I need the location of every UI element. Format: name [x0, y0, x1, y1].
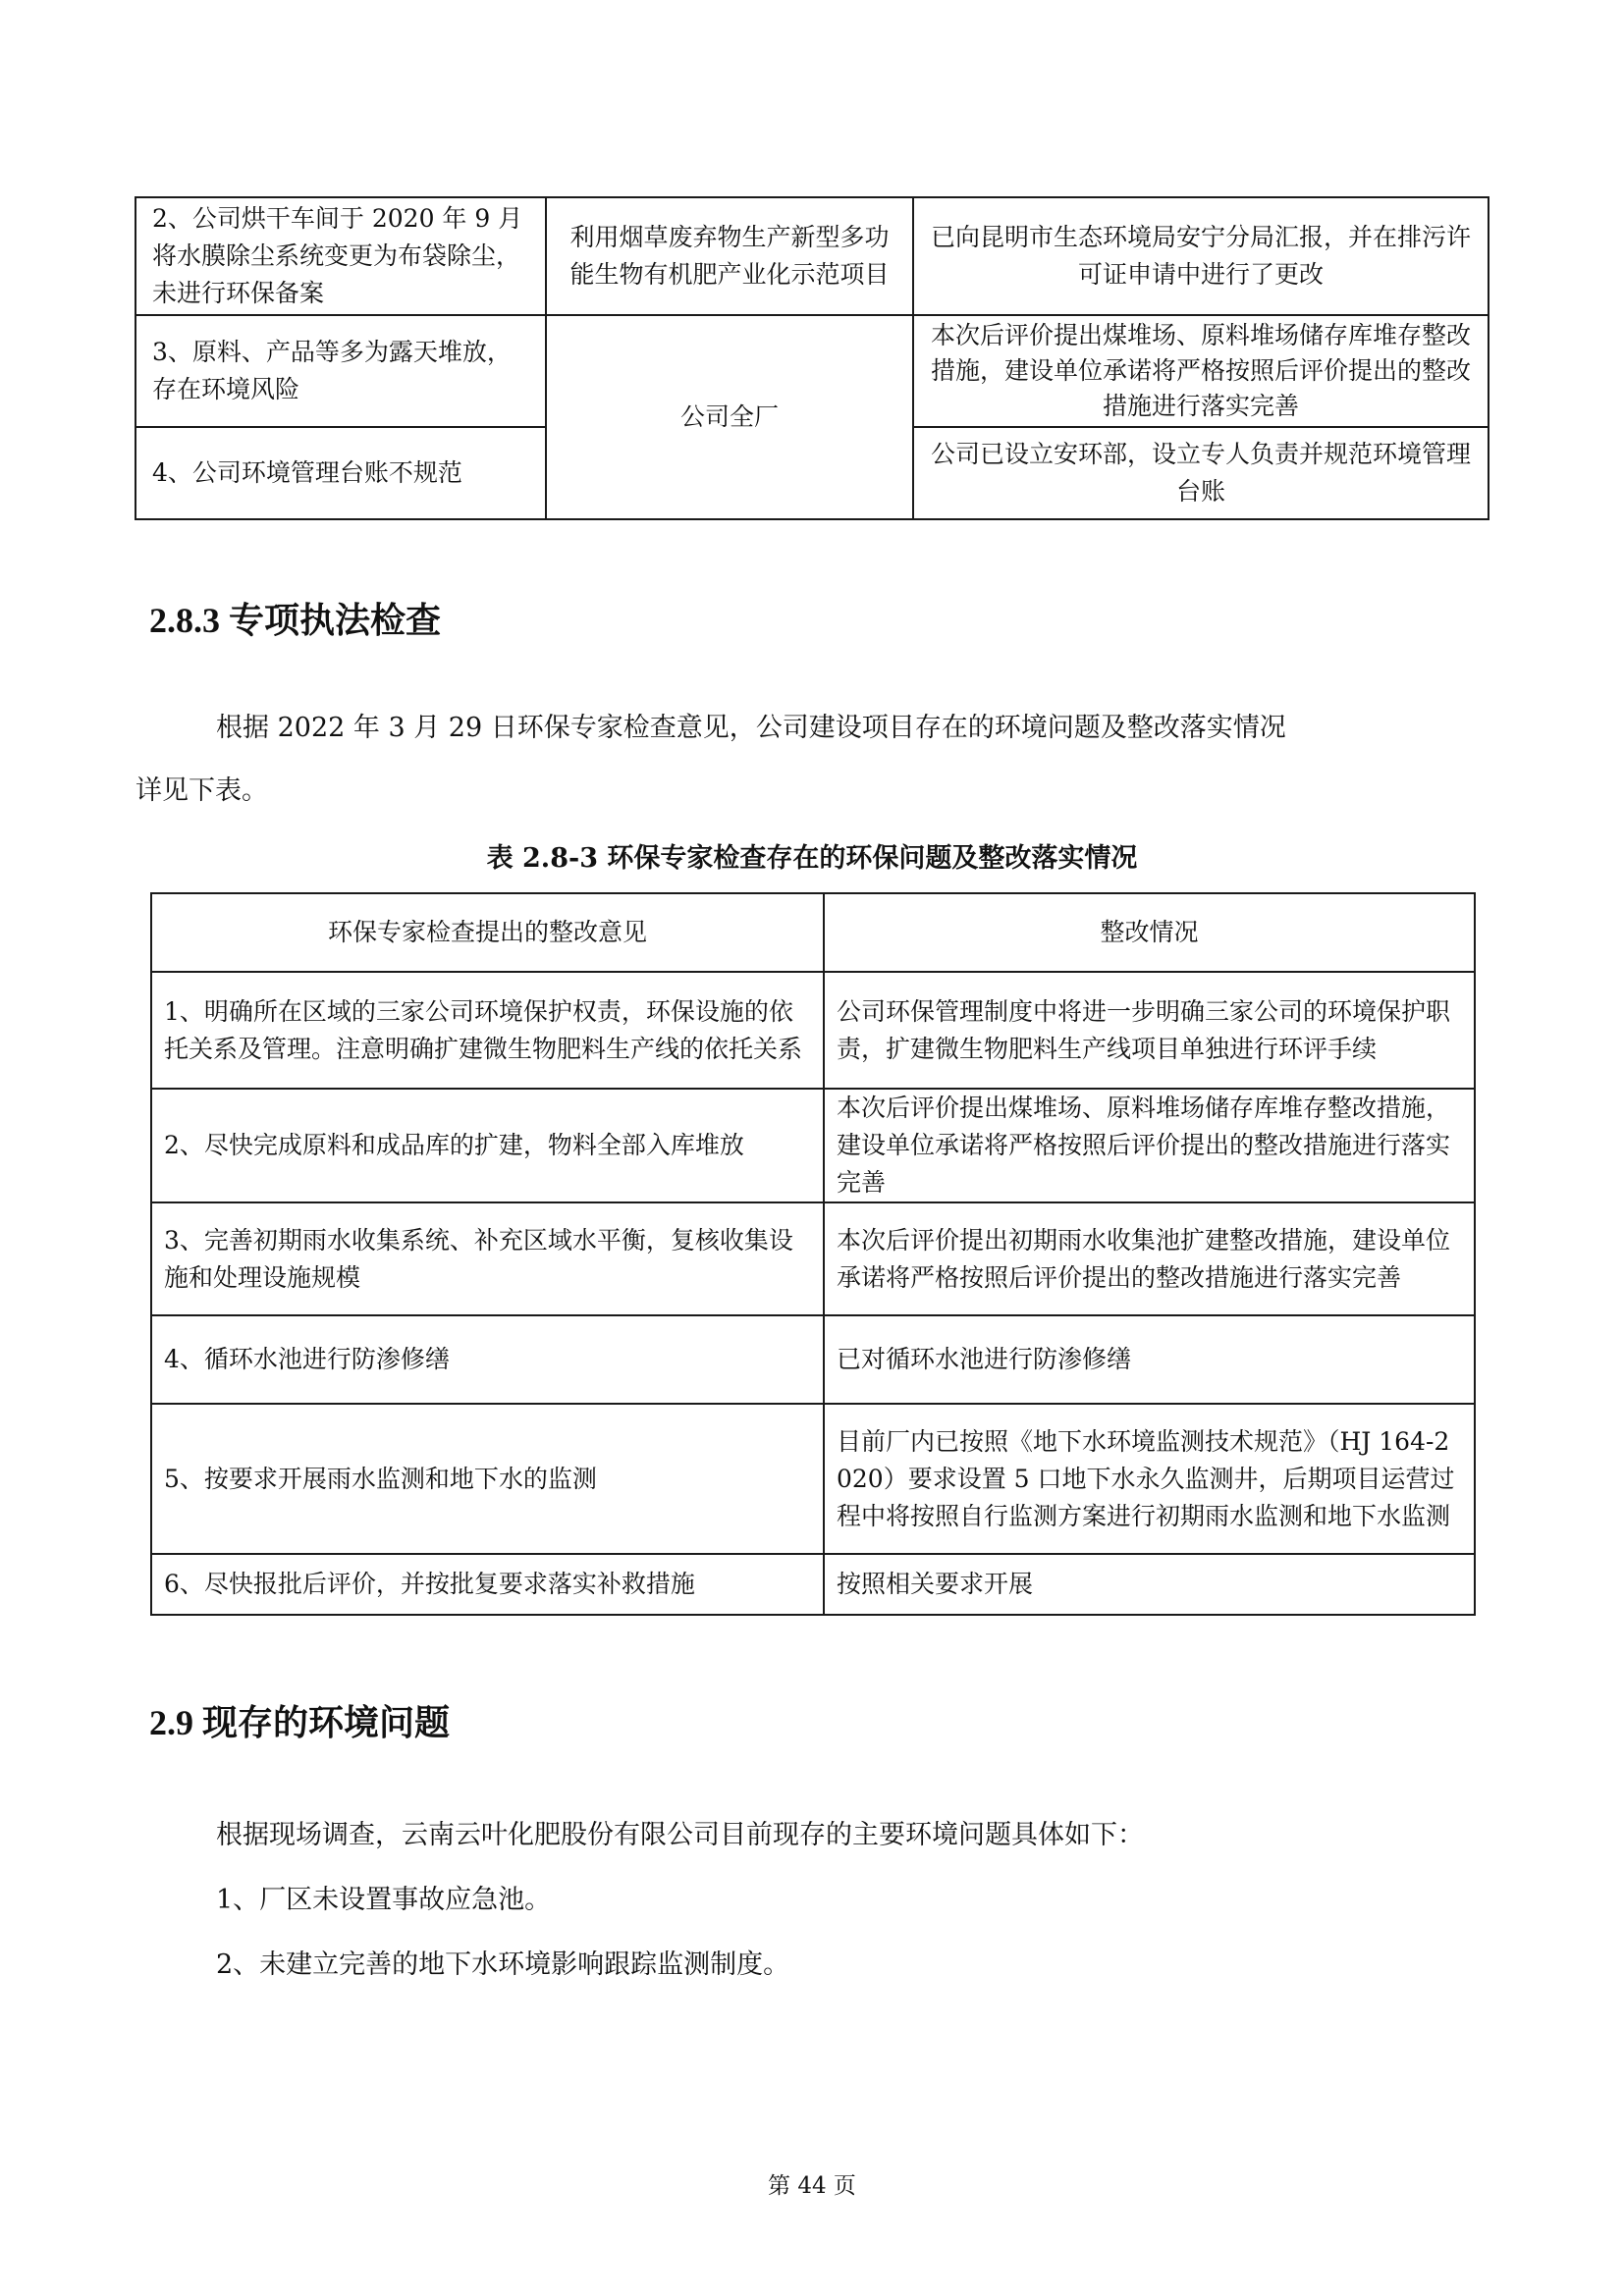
section-2-9-intro: 根据现场调查，云南云叶化肥股份有限公司目前现存的主要环境问题具体如下：	[216, 1816, 1144, 1855]
table-header-cell: 整改情况	[824, 893, 1475, 972]
table-cell-status: 已向昆明市生态环境局安宁分局汇报，并在排污许可证申请中进行了更改	[913, 197, 1489, 315]
table-row: 2、尽快完成原料和成品库的扩建，物料全部入库堆放 本次后评价提出煤堆场、原料堆场…	[151, 1089, 1475, 1202]
table-cell-opinion: 4、循环水池进行防渗修缮	[151, 1315, 824, 1404]
prev-issues-table: 2、公司烘干车间于 2020 年 9 月将水膜除尘系统变更为布袋除尘，未进行环保…	[135, 196, 1489, 520]
table-cell-status: 本次后评价提出煤堆场、原料堆场储存库堆存整改措施，建设单位承诺将严格按照后评价提…	[913, 315, 1489, 427]
expert-inspection-table: 环保专家检查提出的整改意见 整改情况 1、明确所在区域的三家公司环境保护权责，环…	[150, 892, 1476, 1616]
section-heading-2-8-3: 2.8.3 专项执法检查	[149, 593, 441, 643]
table-row: 3、原料、产品等多为露天堆放，存在环境风险 公司全厂 本次后评价提出煤堆场、原料…	[135, 315, 1489, 427]
table-cell-issue: 4、公司环境管理台账不规范	[135, 427, 546, 519]
table-cell-status: 本次后评价提出初期雨水收集池扩建整改措施，建设单位承诺将严格按照后评价提出的整改…	[824, 1202, 1475, 1315]
page-number: 第 44 页	[0, 2167, 1624, 2200]
section-heading-2-9: 2.9 现存的环境问题	[149, 1695, 450, 1745]
table-cell-status: 本次后评价提出煤堆场、原料堆场储存库堆存整改措施，建设单位承诺将严格按照后评价提…	[824, 1089, 1475, 1202]
table-cell-opinion: 3、完善初期雨水收集系统、补充区域水平衡，复核收集设施和处理设施规模	[151, 1202, 824, 1315]
table-row: 3、完善初期雨水收集系统、补充区域水平衡，复核收集设施和处理设施规模 本次后评价…	[151, 1202, 1475, 1315]
table-row: 5、按要求开展雨水监测和地下水的监测 目前厂内已按照《地下水环境监测技术规范》（…	[151, 1404, 1475, 1554]
table-row: 6、尽快报批后评价，并按批复要求落实补救措施 按照相关要求开展	[151, 1554, 1475, 1615]
table-cell-opinion: 2、尽快完成原料和成品库的扩建，物料全部入库堆放	[151, 1089, 824, 1202]
table-cell-issue: 3、原料、产品等多为露天堆放，存在环境风险	[135, 315, 546, 427]
table-header-cell: 环保专家检查提出的整改意见	[151, 893, 824, 972]
issue-list-item: 2、未建立完善的地下水环境影响跟踪监测制度。	[216, 1946, 789, 1985]
table-cell-status: 已对循环水池进行防渗修缮	[824, 1315, 1475, 1404]
table-cell-status: 公司环保管理制度中将进一步明确三家公司的环境保护职责，扩建微生物肥料生产线项目单…	[824, 972, 1475, 1089]
table-caption: 表 2.8-3 环保专家检查存在的环保问题及整改落实情况	[0, 836, 1624, 875]
table-row: 1、明确所在区域的三家公司环境保护权责，环保设施的依托关系及管理。注意明确扩建微…	[151, 972, 1475, 1089]
table-cell-scope: 利用烟草废弃物生产新型多功能生物有机肥产业化示范项目	[546, 197, 913, 315]
issue-list-item: 1、厂区未设置事故应急池。	[216, 1881, 551, 1920]
table-row: 2、公司烘干车间于 2020 年 9 月将水膜除尘系统变更为布袋除尘，未进行环保…	[135, 197, 1489, 315]
table-header-row: 环保专家检查提出的整改意见 整改情况	[151, 893, 1475, 972]
section-2-8-3-intro-line2: 详见下表。	[135, 772, 268, 811]
table-cell-opinion: 1、明确所在区域的三家公司环境保护权责，环保设施的依托关系及管理。注意明确扩建微…	[151, 972, 824, 1089]
table-cell-opinion: 6、尽快报批后评价，并按批复要求落实补救措施	[151, 1554, 824, 1615]
table-cell-status: 按照相关要求开展	[824, 1554, 1475, 1615]
table-cell-status: 目前厂内已按照《地下水环境监测技术规范》（HJ 164-2020）要求设置 5 …	[824, 1404, 1475, 1554]
table-cell-issue: 2、公司烘干车间于 2020 年 9 月将水膜除尘系统变更为布袋除尘，未进行环保…	[135, 197, 546, 315]
table-cell-scope: 公司全厂	[546, 315, 913, 519]
table-row: 4、循环水池进行防渗修缮 已对循环水池进行防渗修缮	[151, 1315, 1475, 1404]
table-cell-status: 公司已设立安环部，设立专人负责并规范环境管理台账	[913, 427, 1489, 519]
section-2-8-3-intro-line1: 根据 2022 年 3 月 29 日环保专家检查意见，公司建设项目存在的环境问题…	[216, 709, 1286, 748]
table-cell-opinion: 5、按要求开展雨水监测和地下水的监测	[151, 1404, 824, 1554]
